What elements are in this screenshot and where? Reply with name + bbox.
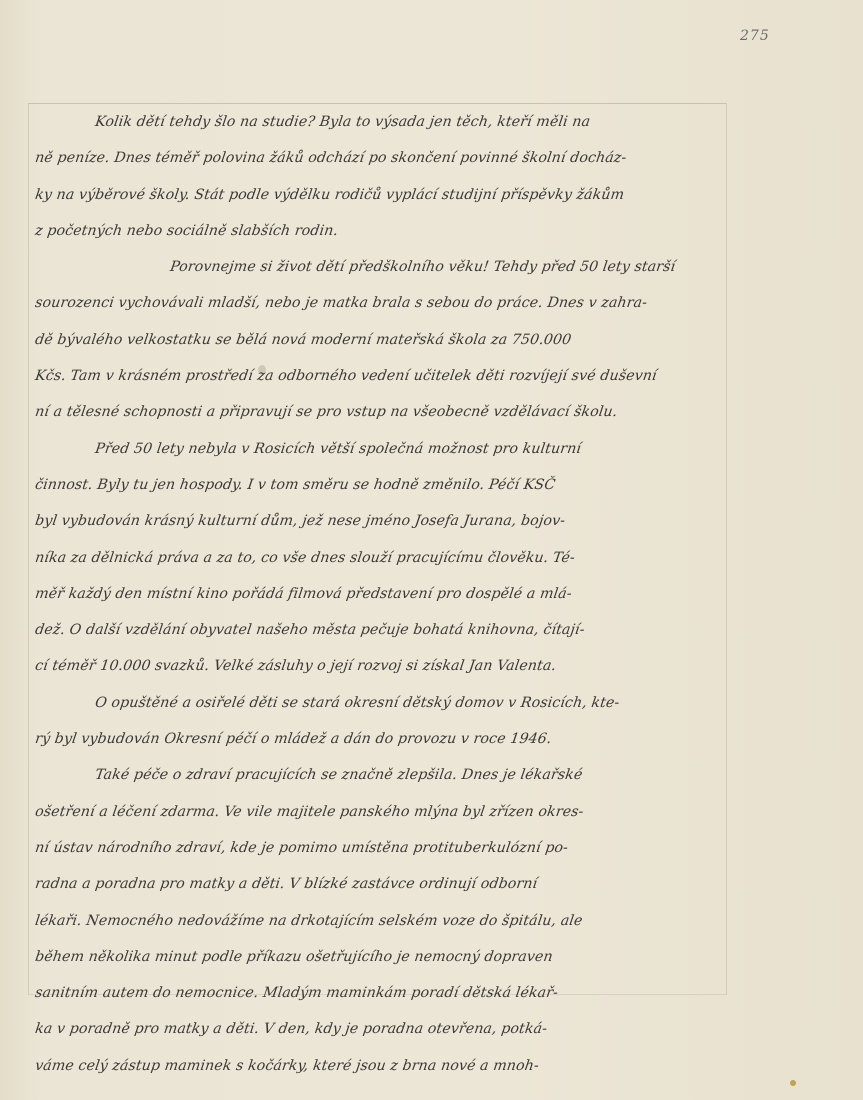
text-line: ně peníze. Dnes téměř polovina žáků odch…: [32, 144, 722, 180]
line-text: sourozenci vychovávali mladší, nebo je m…: [32, 289, 650, 325]
text-line: radna a poradna pro matky a děti. V blíz…: [32, 870, 722, 906]
line-text: váme celý zástup maminek s kočárky, kter…: [32, 1052, 541, 1088]
line-text: níka za dělnická práva a za to, co vše d…: [32, 544, 577, 580]
text-line: ky na výběrové školy. Stát podle výdělku…: [32, 181, 722, 217]
text-line: váme celý zástup maminek s kočárky, kter…: [32, 1052, 722, 1088]
line-text: lékaři. Nemocného nedovážíme na drkotají…: [32, 907, 585, 943]
text-line: měř každý den místní kino pořádá filmová…: [32, 580, 722, 616]
text-line: níka za dělnická práva a za to, co vše d…: [32, 544, 722, 580]
line-text: sanitním autem do nemocnice. Mladým mami…: [32, 979, 560, 1015]
line-text: Porovnejme si život dětí předškolního vě…: [32, 253, 678, 289]
line-text: dež. O další vzdělání obyvatel našeho mě…: [32, 616, 587, 652]
text-line: Kolik dětí tehdy šlo na studie? Byla to …: [32, 108, 722, 144]
line-text: Kolik dětí tehdy šlo na studie? Byla to …: [32, 108, 593, 144]
line-text: ní ústav národního zdraví, kde je pomimo…: [32, 834, 571, 870]
text-line: dež. O další vzdělání obyvatel našeho mě…: [32, 616, 722, 652]
text-line: činnost. Byly tu jen hospody. I v tom sm…: [32, 471, 722, 507]
line-text: ně peníze. Dnes téměř polovina žáků odch…: [32, 144, 629, 180]
line-text: během několika minut podle příkazu ošetř…: [32, 943, 555, 979]
line-text: činnost. Byly tu jen hospody. I v tom sm…: [32, 471, 558, 507]
line-text: Kčs. Tam v krásném prostředí za odbornéh…: [32, 362, 659, 398]
text-line: Porovnejme si život dětí předškolního vě…: [32, 253, 722, 289]
text-line: Také péče o zdraví pracujících se značně…: [32, 761, 722, 797]
text-line: Před 50 lety nebyla v Rosicích větší spo…: [32, 435, 722, 471]
handwritten-text-block: Kolik dětí tehdy šlo na studie? Byla to …: [32, 108, 722, 1088]
text-line: rý byl vybudován Okresní péčí o mládež a…: [32, 725, 722, 761]
text-line: ní a tělesné schopnosti a připravují se …: [32, 398, 722, 434]
line-text: byl vybudován krásný kulturní dům, jež n…: [32, 507, 568, 543]
text-line: dě bývalého velkostatku se bělá nová mod…: [32, 326, 722, 362]
text-line: ošetření a léčení zdarma. Ve vile majite…: [32, 798, 722, 834]
text-line: O opuštěné a osiřelé děti se stará okres…: [32, 689, 722, 725]
text-line: lékaři. Nemocného nedovážíme na drkotají…: [32, 907, 722, 943]
line-text: Před 50 lety nebyla v Rosicích větší spo…: [32, 435, 584, 471]
line-text: Také péče o zdraví pracujících se značně…: [32, 761, 585, 797]
text-line: sourozenci vychovávali mladší, nebo je m…: [32, 289, 722, 325]
chronicle-page: 275 Kolik dětí tehdy šlo na studie? Byla…: [0, 0, 863, 1100]
text-line: Kčs. Tam v krásném prostředí za odbornéh…: [32, 362, 722, 398]
text-line: během několika minut podle příkazu ošetř…: [32, 943, 722, 979]
line-text: ní a tělesné schopnosti a připravují se …: [32, 398, 620, 434]
line-text: O opuštěné a osiřelé děti se stará okres…: [32, 689, 622, 725]
line-text: dě bývalého velkostatku se bělá nová mod…: [32, 326, 574, 362]
text-line: ka v poradně pro matky a děti. V den, kd…: [32, 1015, 722, 1051]
text-line: sanitním autem do nemocnice. Mladým mami…: [32, 979, 722, 1015]
text-line: z početných nebo sociálně slabších rodin…: [32, 217, 722, 253]
corner-mark: [790, 1080, 796, 1086]
line-text: radna a poradna pro matky a děti. V blíz…: [32, 870, 540, 906]
line-text: ošetření a léčení zdarma. Ve vile majite…: [32, 798, 586, 834]
line-text: ka v poradně pro matky a děti. V den, kd…: [32, 1015, 550, 1051]
text-line: ní ústav národního zdraví, kde je pomimo…: [32, 834, 722, 870]
line-text: měř každý den místní kino pořádá filmová…: [32, 580, 574, 616]
page-number: 275: [740, 28, 770, 44]
line-text: cí téměř 10.000 svazků. Velké zásluhy o …: [32, 652, 559, 688]
text-line: cí téměř 10.000 svazků. Velké zásluhy o …: [32, 652, 722, 688]
text-line: byl vybudován krásný kulturní dům, jež n…: [32, 507, 722, 543]
line-text: rý byl vybudován Okresní péčí o mládež a…: [32, 725, 554, 761]
line-text: z početných nebo sociálně slabších rodin…: [32, 217, 341, 253]
line-text: ky na výběrové školy. Stát podle výdělku…: [32, 181, 627, 217]
